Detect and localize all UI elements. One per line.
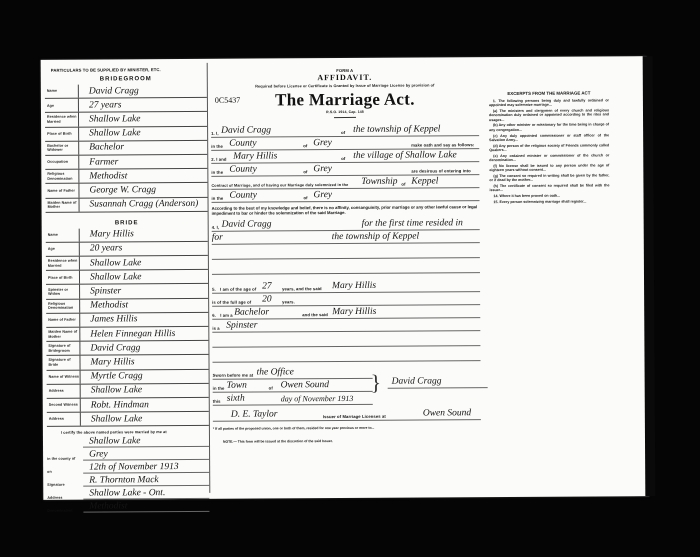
form-row: Place of BirthShallow Lake xyxy=(46,270,208,285)
issuer-place: Owen Sound xyxy=(423,408,471,418)
field-label: Signature of Bride xyxy=(46,356,80,369)
field-value: Shallow Lake xyxy=(80,258,142,268)
form-row: SignatureR. Thornton Mack xyxy=(47,473,209,487)
field-label: Residence when Married xyxy=(46,257,80,270)
form-row: Age27 years xyxy=(45,98,207,113)
bridegroom-title: BRIDEGROOM xyxy=(45,76,207,83)
field-label: Address xyxy=(47,384,81,397)
bride-name-status: Mary Hillis xyxy=(332,307,376,317)
field-label: Place of Birth xyxy=(45,127,79,140)
field-value: Grey xyxy=(83,449,209,461)
form-row: Name of FatherGeorge W. Cragg xyxy=(45,183,207,198)
deponent-county-label: County xyxy=(229,139,257,149)
affidavit-title: AFFIDAVIT. xyxy=(211,72,479,83)
particulars-header: PARTICULARS TO BE SUPPLIED BY MINISTER, … xyxy=(51,67,207,73)
this-text: this xyxy=(213,399,221,404)
residence-statement: for the first time resided in xyxy=(362,218,463,229)
form-row: Second WitnessRobt. Hindman xyxy=(47,398,209,413)
form-row: Religious DenominationMethodist xyxy=(46,298,208,313)
field-value: Shallow Lake xyxy=(81,386,143,396)
form-row: on12th of November 1913 xyxy=(47,460,209,474)
sworn-town: Town xyxy=(227,381,247,391)
field-value: 27 years xyxy=(79,100,122,110)
field-label: Address xyxy=(47,413,81,426)
certificate-block: Shallow Lakein the county ofGreyon12th o… xyxy=(47,434,209,513)
excerpt-paragraph: 1. The following persons being duly and … xyxy=(489,98,609,107)
solemnize-county-name: Grey xyxy=(313,190,332,200)
field-value: Methodist xyxy=(79,171,127,181)
field-label: Place of Birth xyxy=(46,271,80,284)
field-value: George W. Cragg xyxy=(79,185,156,195)
field-value: Bachelor xyxy=(79,143,124,153)
field-value: James Hillis xyxy=(80,315,137,325)
deponent-name: David Cragg xyxy=(221,125,271,135)
field-label: Second Witness xyxy=(47,399,81,412)
field-value: Myrtle Cragg xyxy=(81,371,143,381)
field-label: Age xyxy=(45,99,79,112)
form-row: AddressShallow Lake xyxy=(47,412,209,427)
sworn-block: Sworn before me at the Office in the Tow… xyxy=(213,365,481,409)
field-label: on xyxy=(47,470,83,474)
is-a-text: is a xyxy=(212,326,219,331)
sworn-month: day of November 1913 xyxy=(281,394,354,403)
excerpt-paragraph: 14. Where it has been proved on oath... xyxy=(489,194,609,199)
footnote-1b xyxy=(213,431,481,437)
desirous-text: are desirous of entering into xyxy=(411,168,470,173)
field-value: Robt. Hindman xyxy=(81,400,149,410)
issuer-title: Issuer of Marriage Licenses at xyxy=(323,414,386,419)
form-row: Maiden Name of MotherHelen Finnegan Hill… xyxy=(46,327,208,342)
bride-status: Spinster xyxy=(226,321,257,331)
impediment-paragraph: According to the best of my knowledge an… xyxy=(212,204,480,216)
oath-text: make oath and say as follows: xyxy=(411,142,474,147)
field-value: Spinster xyxy=(80,286,121,296)
form-row: OccupationFarmer xyxy=(45,155,207,170)
excerpt-paragraph: (f) No license shall be issued to any pe… xyxy=(489,163,609,172)
particulars-column: PARTICULARS TO BE SUPPLIED BY MINISTER, … xyxy=(45,63,211,494)
field-value: Methodist xyxy=(80,301,128,311)
field-label: Religious Denomination xyxy=(46,299,80,312)
excerpt-paragraph: (b) Any other minister or missionary for… xyxy=(489,123,609,132)
bride-name-affidavit: Mary Hillis xyxy=(233,151,277,161)
and-said-text: and the said xyxy=(302,312,328,317)
bride-residence-affidavit: the village of Shallow Lake xyxy=(353,150,456,161)
field-value: Helen Finnegan Hillis xyxy=(80,329,175,340)
form-row: AddressShallow Lake xyxy=(47,384,209,399)
sworn-day: sixth xyxy=(227,394,245,404)
solemnize-place-name: Keppel xyxy=(411,176,438,186)
excerpt-paragraph: (d) Any person of the religious society … xyxy=(489,143,609,152)
groom-age: 27 xyxy=(262,281,272,291)
serial-number: 0C5437 xyxy=(215,96,240,105)
bride-age: 20 xyxy=(262,294,272,304)
years-and-text: years, and the said xyxy=(282,286,322,291)
field-label: Name of Witness xyxy=(47,370,81,383)
field-value: R. Thornton Mack xyxy=(83,475,209,487)
excerpts-title: EXCERPTS FROM THE MARRIAGE ACT xyxy=(489,90,609,96)
sworn-office: the Office xyxy=(257,367,294,377)
form-row: Name of FatherJames Hillis xyxy=(46,313,208,328)
form-row: Residence when MarriedShallow Lake xyxy=(45,112,207,127)
form-row: Spinster or WidowSpinster xyxy=(46,284,208,299)
contract-text: Contract of Marriage, and of having our … xyxy=(211,183,348,188)
bride-county-label: County xyxy=(229,165,257,175)
in-the-text: in the xyxy=(213,386,225,391)
field-label: Religious Denomination xyxy=(45,170,79,183)
bride-table: NameMary HillisAge20 yearsResidence when… xyxy=(46,228,209,428)
field-label: Residence when Married xyxy=(45,113,79,126)
issuer-signature: D. E. Taylor xyxy=(231,409,278,419)
form-row: Name of WitnessMyrtle Cragg xyxy=(47,369,209,384)
excerpts-text: 1. The following persons being duly and … xyxy=(489,98,610,204)
excerpt-paragraph: 15. Every person solemnizing marriage sh… xyxy=(490,199,610,204)
field-label: Maiden Name of Mother xyxy=(46,328,80,341)
act-title: The Marriage Act. xyxy=(211,87,479,111)
form-row: NameDavid Cragg xyxy=(45,84,207,99)
status-label: I am a xyxy=(220,313,233,318)
field-value: Shallow Lake xyxy=(79,128,141,138)
field-value: 12th of November 1913 xyxy=(83,462,209,474)
excerpt-paragraph: (h) The certificate of consent so requir… xyxy=(489,183,609,192)
field-value: Mary Hillis xyxy=(80,230,134,240)
footnote-1: * If all parties of the proposed union, … xyxy=(213,425,481,431)
field-value: 20 years xyxy=(80,244,123,254)
form-row: Signature of BrideMary Hillis xyxy=(46,355,208,370)
field-value: Susannah Cragg (Anderson) xyxy=(80,199,199,210)
age-label: I am of the age of xyxy=(220,287,256,292)
field-label: Spinster or Widow xyxy=(46,285,80,298)
residence-for: for xyxy=(212,233,223,243)
field-label: Denomination xyxy=(47,509,83,513)
field-label: Name xyxy=(45,85,79,98)
sworn-place: Owen Sound xyxy=(281,380,329,390)
field-label: Signature xyxy=(47,483,83,487)
form-row: DenominationMethodist xyxy=(47,499,209,513)
affidavit-body: FORM A AFFIDAVIT. Required before Licens… xyxy=(211,57,482,489)
residence-deponent: David Cragg xyxy=(222,219,272,229)
solemnize-county-label: County xyxy=(229,191,257,201)
bridegroom-table: NameDavid CraggAge27 yearsResidence when… xyxy=(45,84,208,213)
field-value: Shallow Lake xyxy=(79,114,141,124)
sworn-label: Sworn before me at xyxy=(213,373,254,378)
solemnize-place: Township xyxy=(361,177,397,187)
field-value: David Cragg xyxy=(79,86,139,96)
form-row: Religious DenominationMethodist xyxy=(45,169,207,184)
field-label: Signature of Bridegroom xyxy=(46,342,80,355)
field-label: Maiden Name of Mother xyxy=(46,198,80,211)
field-value: Shallow Lake xyxy=(81,414,143,424)
form-row: Bachelor or WidowerBachelor xyxy=(45,141,207,156)
deponent-signature: David Cragg xyxy=(392,376,442,386)
field-value: Shallow Lake xyxy=(83,436,209,448)
form-row: in the county ofGrey xyxy=(47,447,209,461)
page-edge-shadow xyxy=(643,56,656,496)
field-value: Farmer xyxy=(79,157,118,167)
form-row: Residence when MarriedShallow Lake xyxy=(46,256,208,271)
deponent-residence: the township of Keppel xyxy=(353,124,440,135)
bride-county-name: Grey xyxy=(313,164,332,174)
excerpt-paragraph: (c) Any duly appointed commissioner or s… xyxy=(489,133,609,142)
groom-status: Bachelor xyxy=(234,307,269,317)
field-label: Bachelor or Widower xyxy=(45,141,79,154)
form-row: NameMary Hillis xyxy=(46,228,208,243)
form-row: Place of BirthShallow Lake xyxy=(45,126,207,141)
field-value: Shallow Lake xyxy=(80,272,142,282)
form-row: Age20 years xyxy=(46,242,208,257)
excerpts-column: EXCERPTS FROM THE MARRIAGE ACT 1. The fo… xyxy=(489,76,612,497)
field-label: Name xyxy=(46,228,80,241)
marriage-affidavit-form: PARTICULARS TO BE SUPPLIED BY MINISTER, … xyxy=(41,56,650,500)
footnote-note: NOTE.— This form will be issued at the d… xyxy=(213,438,481,444)
residence-place: the township of Keppel xyxy=(332,232,419,243)
excerpt-paragraph: (e) Any ordained minister or commissione… xyxy=(489,153,609,162)
field-label: Name of Father xyxy=(46,313,80,326)
form-row: AddressShallow Lake - Ont. xyxy=(47,486,209,500)
form-row: Signature of BridegroomDavid Cragg xyxy=(46,341,208,356)
excerpt-paragraph: (g) The consent so required in writing s… xyxy=(489,173,609,182)
field-label: Age xyxy=(46,242,80,255)
field-value: Methodist xyxy=(83,501,209,513)
field-label: Name of Father xyxy=(45,184,79,197)
field-value: David Cragg xyxy=(80,343,140,353)
field-value: Shallow Lake - Ont. xyxy=(83,488,209,500)
field-label: Occupation xyxy=(45,156,79,169)
excerpt-paragraph: (a) The ministers and clergymen of every… xyxy=(489,108,609,122)
bride-name-age: Mary Hillis xyxy=(332,281,376,291)
form-row: Maiden Name of MotherSusannah Cragg (And… xyxy=(46,197,208,212)
deponent-county-name: Grey xyxy=(313,138,332,148)
form-row: Shallow Lake xyxy=(47,434,209,448)
field-label: Address xyxy=(47,496,83,500)
full-age-text: is of the full age of xyxy=(212,300,251,305)
field-value: Mary Hillis xyxy=(80,357,134,367)
field-label: in the county of xyxy=(47,457,83,461)
bride-title: BRIDE xyxy=(46,220,208,227)
